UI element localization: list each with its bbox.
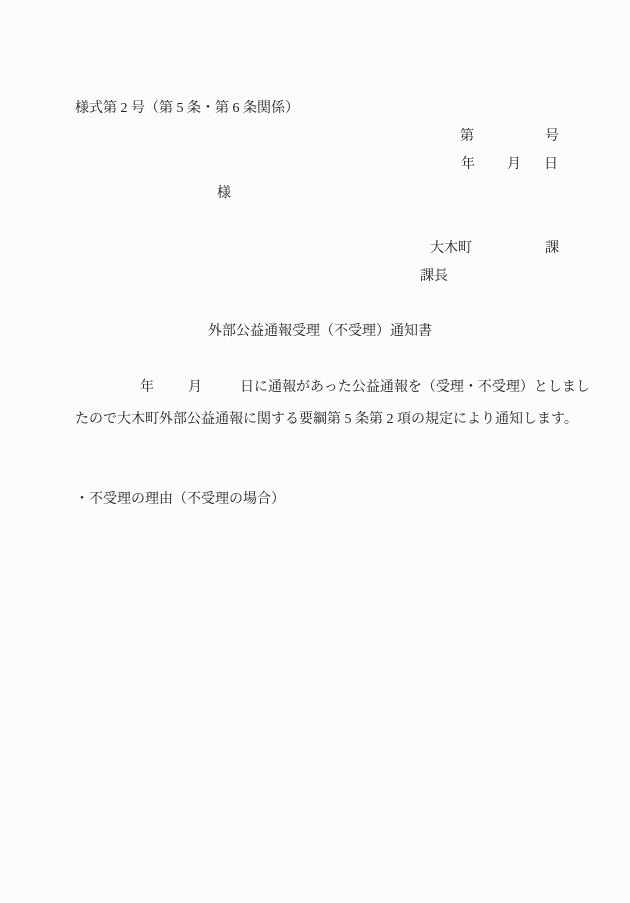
issuer-department-suffix: 課	[545, 240, 559, 258]
body-text-line2: たので大木町外部公益通報に関する要綱第 5 条第 2 項の規定により通知します。	[75, 411, 578, 429]
date-year-label: 年	[461, 156, 475, 174]
date-day-label: 日	[544, 156, 558, 174]
body-text-line1: 日に通報があった公益通報を（受理・不受理）としまし	[240, 379, 590, 397]
document-page: 様式第 2 号（第 5 条・第 6 条関係） 第 号 年 月 日 様 大木町 課…	[0, 0, 630, 903]
rejection-reason-bullet: ・不受理の理由（不受理の場合）	[75, 491, 285, 509]
issuer-title: 課長	[420, 268, 448, 286]
addressee-honorific: 様	[217, 185, 231, 203]
doc-number-prefix: 第	[460, 128, 474, 146]
issuer-organization: 大木町	[430, 240, 472, 258]
body-month-label: 月	[188, 379, 202, 397]
form-number-label: 様式第 2 号（第 5 条・第 6 条関係）	[75, 100, 299, 118]
document-title: 外部公益通報受理（不受理）通知書	[208, 323, 432, 341]
date-month-label: 月	[507, 156, 521, 174]
body-year-label: 年	[140, 379, 154, 397]
doc-number-suffix: 号	[545, 128, 559, 146]
